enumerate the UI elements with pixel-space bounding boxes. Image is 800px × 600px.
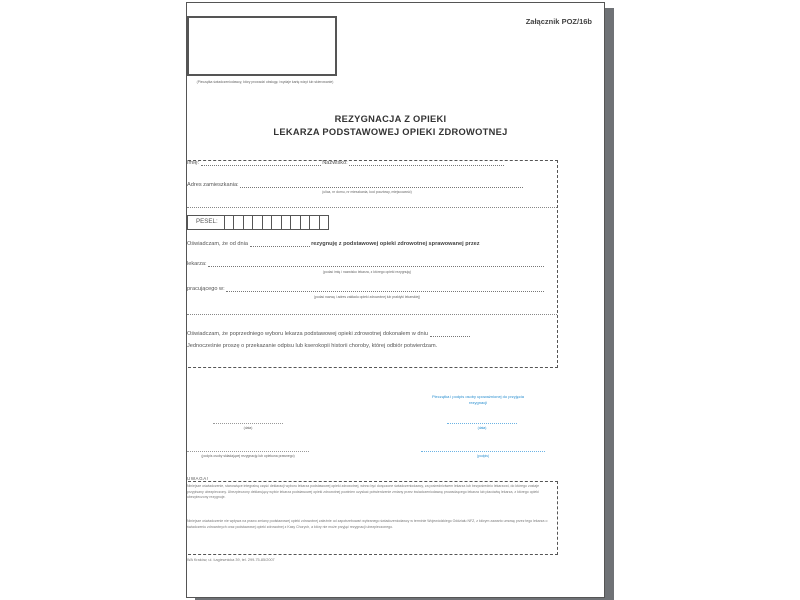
declaration-row: Oświadczam, że od dnia rezygnuję z podst… xyxy=(187,240,546,247)
declaration-prefix: Oświadczam, że od dnia xyxy=(187,241,248,247)
stamp-caption: (Pieczątka świadczeniodawcy, który prowa… xyxy=(195,80,335,84)
pesel-digit-cell[interactable] xyxy=(310,216,320,229)
doctor-hint: (podać imię i nazwisko lekarza, z któreg… xyxy=(187,270,547,274)
pesel-digit-cell[interactable] xyxy=(320,216,329,229)
footer: WA Kraków, ul. Łagiewnicka 39, tel. 299-… xyxy=(187,558,275,562)
first-name-field[interactable] xyxy=(201,159,321,166)
title-line-2: LEKARZA PODSTAWOWEJ OPIEKI ZDROWOTNEJ xyxy=(186,127,605,137)
workplace-hint: (podać nazwę i adres zakładu opieki zdro… xyxy=(187,295,547,299)
workplace-row: pracującego w: xyxy=(187,285,546,292)
doctor-field[interactable] xyxy=(208,260,544,267)
title-line-1: REZYGNACJA Z OPIEKI xyxy=(186,114,605,124)
left-date-line[interactable] xyxy=(213,423,283,424)
name-row: Imię: Nazwisko: xyxy=(187,159,546,166)
note-item-2: Niniejsze oświadczenie nie wpływa na pra… xyxy=(187,519,553,530)
note-item-1: Niniejsze oświadczenie, stanowiące integ… xyxy=(187,484,553,501)
workplace-label: pracującego w: xyxy=(187,286,225,292)
workplace-field[interactable] xyxy=(226,285,544,292)
pesel-digit-cell[interactable] xyxy=(282,216,292,229)
declaration-date-field[interactable] xyxy=(250,240,310,247)
address-field[interactable] xyxy=(240,181,523,188)
address-hint: (ulica, nr domu, nr mieszkania, kod pocz… xyxy=(187,190,547,194)
pesel-digit-cell[interactable] xyxy=(301,216,311,229)
left-date-signature: (data) xyxy=(213,423,283,430)
previous-choice-date-field[interactable] xyxy=(430,330,470,337)
last-name-label: Nazwisko: xyxy=(322,160,348,166)
annex-label: Załącznik POZ/16b xyxy=(526,17,592,26)
workplace-line-2[interactable] xyxy=(187,314,557,315)
left-signature-line[interactable] xyxy=(187,451,309,452)
address-line-2[interactable] xyxy=(187,207,557,208)
left-signature-caption: (podpis osoby składającej rezygnację lub… xyxy=(187,454,309,458)
left-date-caption: (data) xyxy=(213,426,283,430)
stamp-box xyxy=(187,16,337,76)
last-name-field[interactable] xyxy=(349,159,504,166)
previous-choice-text: Oświadczam, że poprzedniego wyboru lekar… xyxy=(187,331,428,337)
right-signature-caption: (podpis) xyxy=(421,454,545,458)
authorized-person-note: Pieczątka i podpis osoby upoważnionej do… xyxy=(423,394,533,405)
right-signature-line[interactable] xyxy=(421,451,545,452)
pesel-digit-cell[interactable] xyxy=(291,216,301,229)
right-date-line[interactable] xyxy=(447,423,517,424)
doctor-row: lekarza: xyxy=(187,260,546,267)
pesel-digit-cell[interactable] xyxy=(244,216,254,229)
left-signature: (podpis osoby składającej rezygnację lub… xyxy=(187,451,309,458)
address-row: Adres zamieszkania: xyxy=(187,181,546,188)
pesel-digit-cell[interactable] xyxy=(225,216,235,229)
pesel-digit-cell[interactable] xyxy=(263,216,273,229)
records-request: Jednocześnie proszę o przekazanie odpisu… xyxy=(187,343,546,349)
previous-choice-row: Oświadczam, że poprzedniego wyboru lekar… xyxy=(187,330,546,337)
right-date-caption: (data) xyxy=(447,426,517,430)
pesel-digit-cell[interactable] xyxy=(272,216,282,229)
right-signature: (podpis) xyxy=(421,451,545,458)
doctor-label: lekarza: xyxy=(187,261,207,267)
first-name-label: Imię: xyxy=(187,160,199,166)
declaration-bold: rezygnuję z podstawowej opieki zdrowotne… xyxy=(311,241,479,247)
right-date-signature: (data) xyxy=(447,423,517,430)
address-label: Adres zamieszkania: xyxy=(187,182,239,188)
pesel-digit-cell[interactable] xyxy=(253,216,263,229)
pesel-field[interactable]: PESEL: xyxy=(187,215,329,230)
pesel-label: PESEL: xyxy=(188,216,225,229)
pesel-digit-cell[interactable] xyxy=(234,216,244,229)
document-page: (Pieczątka świadczeniodawcy, który prowa… xyxy=(186,2,605,598)
